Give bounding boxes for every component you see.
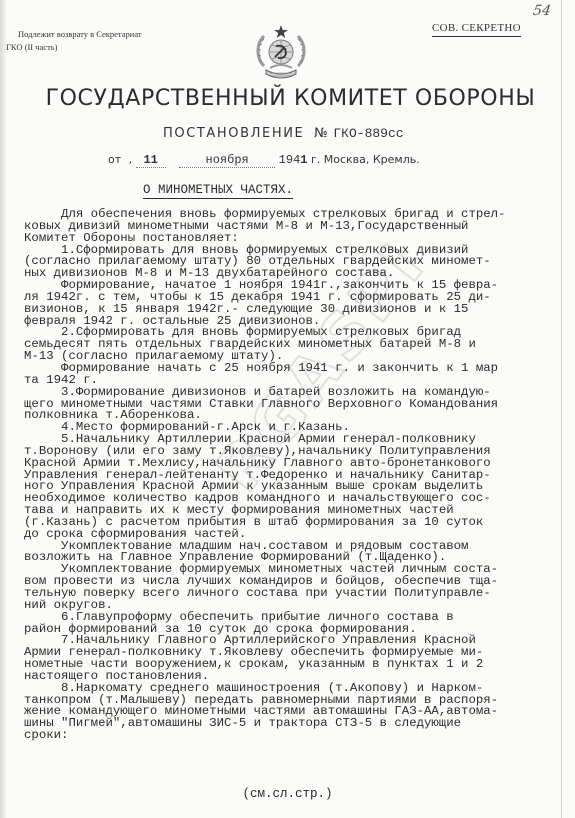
- decree-label: ПОСТАНОВЛЕНИЕ: [163, 126, 304, 141]
- number-sign: №: [314, 126, 328, 141]
- date-day: 11: [143, 153, 157, 167]
- body-line: сроки:: [24, 730, 564, 742]
- classification-stamp: СОВ. СЕКРЕТНО: [432, 22, 521, 37]
- document-subject: О МИНОМЕТНЫХ ЧАСТЯХ.: [143, 183, 293, 199]
- document-body: Для обеспечения вновь формируемых стрелк…: [24, 209, 564, 742]
- return-note-line-1: Подлежит возврату в Секретариат: [6, 28, 142, 41]
- date-year-prefix: 194: [279, 153, 301, 167]
- organization-title: ГОСУДАРСТВЕННЫЙ КОМИТЕТ ОБОРОНЫ: [0, 86, 575, 111]
- handwritten-page-number: 54: [532, 3, 552, 19]
- date-place: Москва, Кремль.: [324, 153, 420, 166]
- date-month: ноября: [206, 153, 249, 167]
- ussr-coat-of-arms-icon: [252, 22, 310, 84]
- page-edge-shadow: [0, 0, 6, 818]
- date-prefix: от: [108, 153, 121, 166]
- date-year-unit: г.: [311, 153, 320, 166]
- return-note-line-2: ГКО (II часть): [6, 42, 58, 52]
- decree-number: ГКО-889сс: [333, 126, 403, 141]
- continuation-note: (см.сл.стр.): [0, 787, 575, 801]
- date-year-suffix: 1: [300, 153, 307, 167]
- body-line: шины "Пигмей",автомашины ЗИС-5 и трактор…: [24, 718, 564, 730]
- body-line: Формирование начать с 25 ноября 1941 г. …: [24, 363, 564, 375]
- decree-heading: ПОСТАНОВЛЕНИЕ № ГКО-889сс: [163, 126, 404, 141]
- return-note: Подлежит возврату в Секретариат ГКО (II …: [6, 28, 142, 54]
- date-line: от , 11 ноября 1941 г. Москва, Кремль.: [108, 153, 420, 168]
